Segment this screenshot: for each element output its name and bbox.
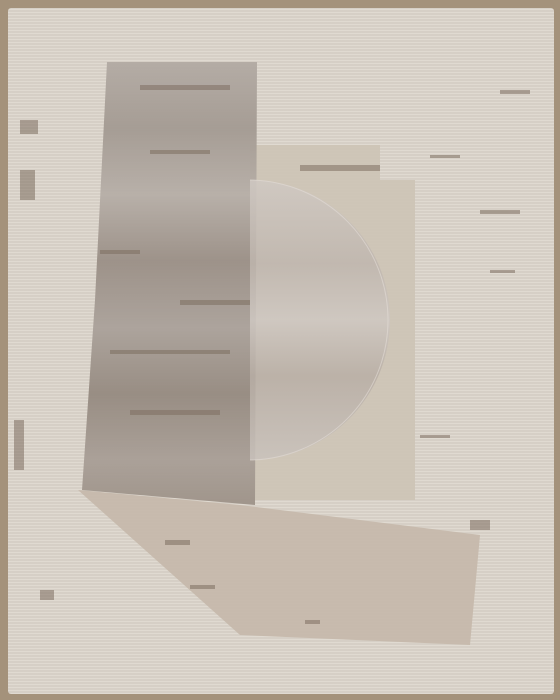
rug-pattern xyxy=(0,0,560,700)
dark-panel xyxy=(82,62,257,505)
lower-panel xyxy=(78,490,480,645)
rug-photo xyxy=(0,0,560,700)
